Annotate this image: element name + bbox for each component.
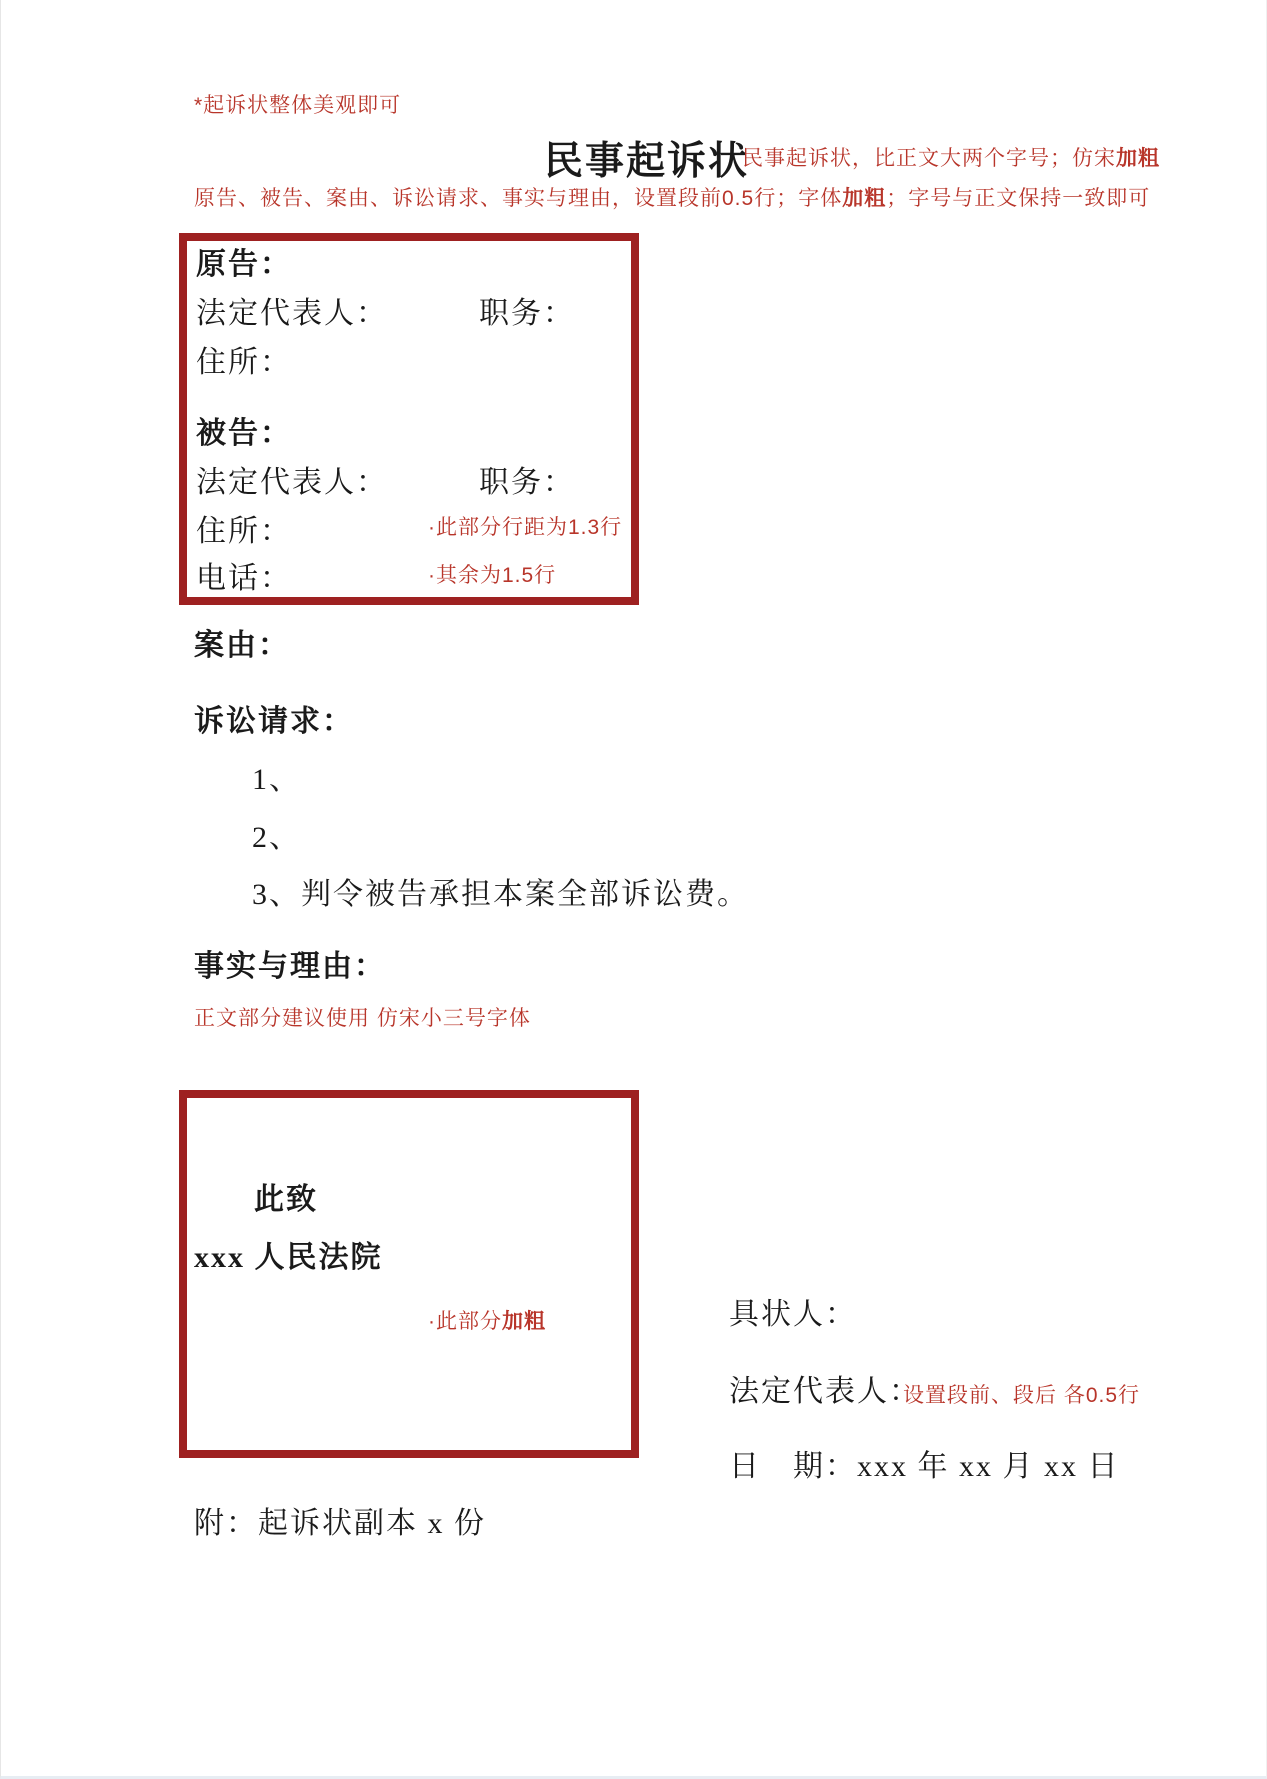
signature-legal-rep-label: 法定代表人：	[729, 1374, 921, 1410]
bold-part-note: ·此部分加粗	[428, 1309, 546, 1335]
line-spacing-note: ·此部分行距为1.3行	[428, 515, 622, 541]
submitter-label: 具状人：	[729, 1297, 857, 1333]
cause-label: 案由：	[194, 628, 290, 664]
plaintiff-label: 原告：	[196, 247, 292, 283]
claim-item-1: 1、	[252, 762, 301, 798]
overall-appearance-note: *起诉状整体美观即可	[194, 93, 401, 119]
signature-spacing-note: 设置段前、段后 各0.5行	[903, 1383, 1140, 1409]
document-title: 民事起诉状	[544, 130, 749, 186]
format-annotation-pre: 原告、被告、案由、诉讼请求、事实与理由，设置段前0.5行；字体	[194, 187, 842, 210]
claims-label: 诉讼请求：	[194, 704, 354, 740]
title-annotation-text: 民事起诉状，比正文大两个字号；仿宋	[742, 147, 1116, 170]
phone-label: 电话：	[196, 561, 292, 597]
format-annotation-post: ；字号与正文保持一致即可	[886, 187, 1150, 210]
format-annotation-bold: 加粗	[842, 187, 886, 210]
claim-item-3: 3、判令被告承担本案全部诉讼费。	[252, 877, 749, 913]
court-name: xxx 人民法院	[194, 1240, 383, 1276]
attachment-note: 附：起诉状副本 x 份	[194, 1506, 486, 1542]
plaintiff-address-label: 住所：	[196, 345, 292, 381]
claim-item-2: 2、	[252, 820, 301, 856]
bold-part-note-pre: ·此部分	[428, 1310, 502, 1333]
date-line: 日 期：xxx 年 xx 月 xx 日	[729, 1449, 1120, 1485]
format-annotation: 原告、被告、案由、诉讼请求、事实与理由，设置段前0.5行；字体加粗；字号与正文保…	[194, 186, 1150, 212]
defendant-address-label: 住所：	[196, 514, 292, 550]
facts-label: 事实与理由：	[194, 949, 386, 985]
defendant-position-label: 职务：	[479, 465, 575, 501]
salute-label: 此致	[254, 1182, 318, 1218]
plaintiff-legal-rep-label: 法定代表人：	[196, 296, 388, 332]
title-annotation-bold: 加粗	[1116, 147, 1160, 170]
bold-part-note-bold: 加粗	[502, 1310, 546, 1333]
defendant-label: 被告：	[196, 416, 292, 452]
plaintiff-position-label: 职务：	[479, 296, 575, 332]
defendant-legal-rep-label: 法定代表人：	[196, 465, 388, 501]
civil-complaint-template-page: *起诉状整体美观即可 民事起诉状 民事起诉状，比正文大两个字号；仿宋加粗 原告、…	[0, 0, 1267, 1779]
facts-font-note: 正文部分建议使用 仿宋小三号字体	[194, 1006, 531, 1032]
title-annotation: 民事起诉状，比正文大两个字号；仿宋加粗	[742, 146, 1160, 172]
rest-spacing-note: ·其余为1.5行	[428, 563, 556, 589]
